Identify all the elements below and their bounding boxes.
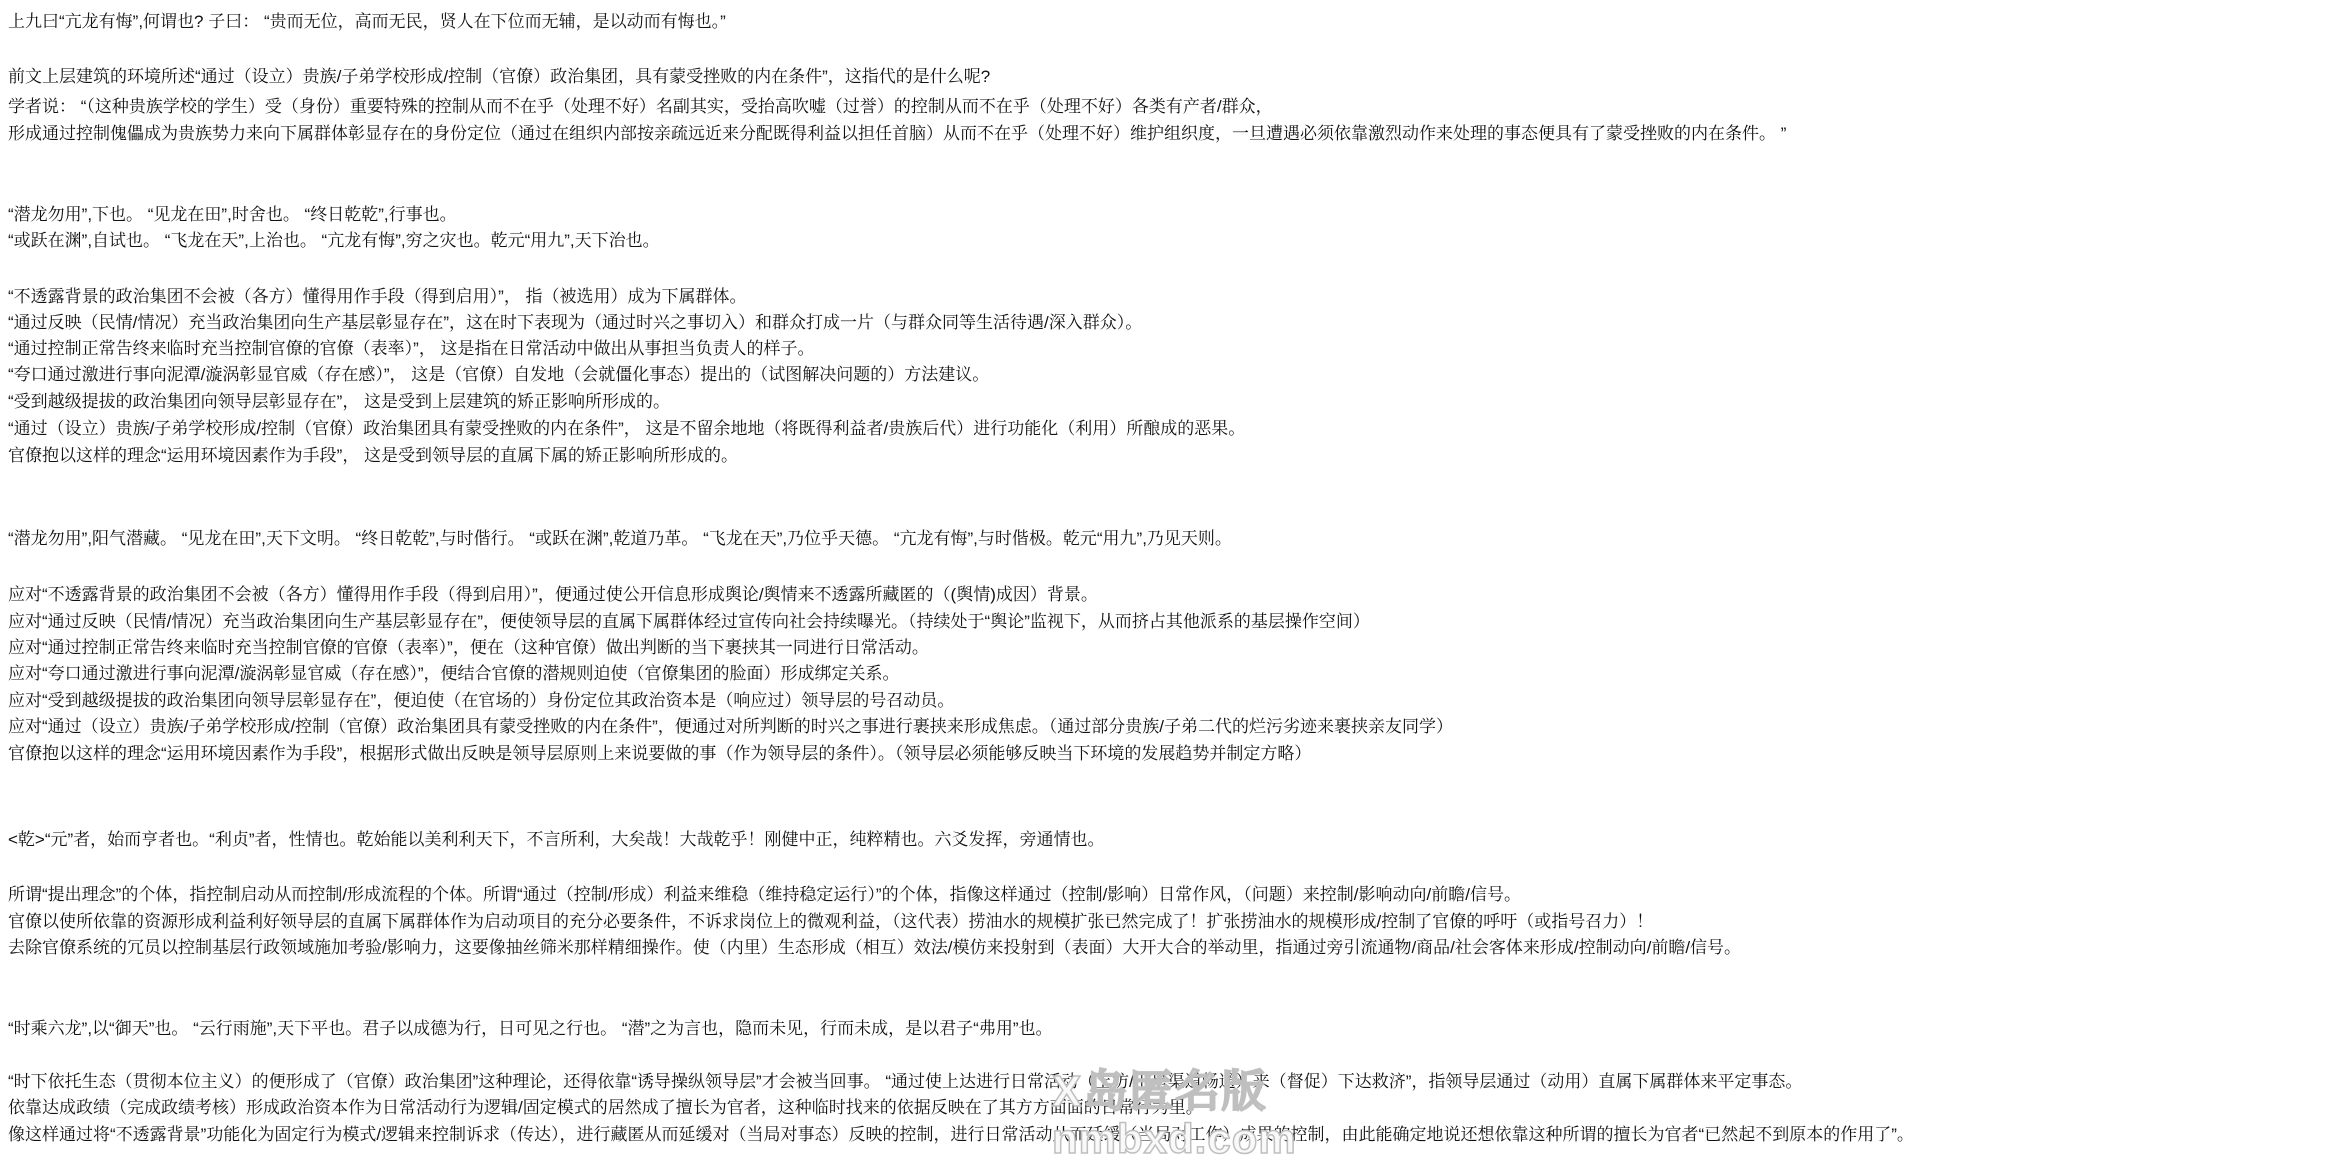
text-line: 形成通过控制傀儡成为贵族势力来向下属群体彰显存在的身份定位（通过在组织内部按亲疏… bbox=[8, 124, 1786, 143]
text-line: 官僚抱以这样的理念“运用环境因素作为手段”，根据形式做出反映是领导层原则上来说要… bbox=[8, 744, 1311, 763]
text-line: 上九曰“亢龙有悔”,何谓也? 子曰： “贵而无位，高而无民，贤人在下位而无辅，是… bbox=[8, 12, 726, 31]
text-line: “通过控制正常告终来临时充当控制官僚的官僚（表率）”， 这是指在日常活动中做出从… bbox=[8, 339, 815, 358]
text-line: 像这样通过将“不透露背景”功能化为固定行为模式/逻辑来控制诉求（传达），进行藏匿… bbox=[8, 1125, 1914, 1144]
text-line: “通过反映（民情/情况）充当政治集团向生产基层彰显存在”，这在时下表现为（通过时… bbox=[8, 313, 1142, 332]
text-line: 应对“通过控制正常告终来临时充当控制官僚的官僚（表率）”，便在（这种官僚）做出判… bbox=[8, 638, 929, 657]
text-line: 官僚以使所依靠的资源形成利益利好领导层的直属下属群体作为启动项目的充分必要条件，… bbox=[8, 912, 1653, 931]
text-line: “通过（设立）贵族/子弟学校形成/控制（官僚）政治集团具有蒙受挫败的内在条件”，… bbox=[8, 419, 1245, 438]
text-line: 应对“通过（设立）贵族/子弟学校形成/控制（官僚）政治集团具有蒙受挫败的内在条件… bbox=[8, 717, 1453, 736]
text-line: 依靠达成政绩（完成政绩考核）形成政治资本作为日常活动行为逻辑/固定模式的居然成了… bbox=[8, 1098, 1203, 1117]
text-line: 应对“不透露背景的政治集团不会被（各方）懂得用作手段（得到启用）”，便通过使公开… bbox=[8, 585, 1098, 604]
text-line: 前文上层建筑的环境所述“通过（设立）贵族/子弟学校形成/控制（官僚）政治集团，具… bbox=[8, 67, 990, 86]
text-line: 应对“夸口通过激进行事向泥潭/漩涡彰显官威（存在感）”，便结合官僚的潜规则迫使（… bbox=[8, 664, 900, 683]
text-line: 学者说： “（这种贵族学校的学生）受（身份）重要特殊的控制从而不在乎（处理不好）… bbox=[8, 97, 1273, 116]
text-line: <乾>“元”者，始而亨者也。“利贞”者，性情也。乾始能以美利利天下，不言所利，大… bbox=[8, 830, 1105, 849]
text-line: 应对“受到越级提拔的政治集团向领导层彰显存在”，便迫使（在官场的）身份定位其政治… bbox=[8, 691, 954, 710]
text-line: “或跃在渊”,自试也。 “飞龙在天”,上治也。 “亢龙有悔”,穷之灾也。乾元“用… bbox=[8, 231, 660, 250]
text-line: “不透露背景的政治集团不会被（各方）懂得用作手段（得到启用）”， 指（被选用）成… bbox=[8, 287, 747, 306]
text-line: “潜龙勿用”,下也。 “见龙在田”,时舍也。 “终日乾乾”,行事也。 bbox=[8, 205, 457, 224]
text-line: “夸口通过激进行事向泥潭/漩涡彰显官威（存在感）”， 这是（官僚）自发地（会就僵… bbox=[8, 365, 989, 384]
text-line: “时乘六龙”,以“御天”也。 “云行雨施”,天下平也。君子以成德为行，日可见之行… bbox=[8, 1019, 1053, 1038]
text-line: “时下依托生态（贯彻本位主义）的便形成了（官僚）政治集团”这种理论，还得依靠“诱… bbox=[8, 1072, 1802, 1091]
text-line: “潜龙勿用”,阳气潜藏。 “见龙在田”,天下文明。 “终日乾乾”,与时偕行。 “… bbox=[8, 529, 1232, 548]
document-page: 上九曰“亢龙有悔”,何谓也? 子曰： “贵而无位，高而无民，贤人在下位而无辅，是… bbox=[0, 0, 2334, 1171]
text-line: 去除官僚系统的冗员以控制基层行政领域施加考验/影响力，这要像抽丝筛米那样精细操作… bbox=[8, 938, 1741, 957]
text-line: “受到越级提拔的政治集团向领导层彰显存在”， 这是受到上层建筑的矫正影响所形成的… bbox=[8, 392, 670, 411]
text-line: 所谓“提出理念”的个体，指控制启动从而控制/形成流程的个体。所谓“通过（控制/形… bbox=[8, 885, 1521, 904]
text-line: 应对“通过反映（民情/情况）充当政治集团向生产基层彰显存在”，便使领导层的直属下… bbox=[8, 612, 1370, 631]
text-line: 官僚抱以这样的理念“运用环境因素作为手段”， 这是受到领导层的直属下属的矫正影响… bbox=[8, 446, 738, 465]
